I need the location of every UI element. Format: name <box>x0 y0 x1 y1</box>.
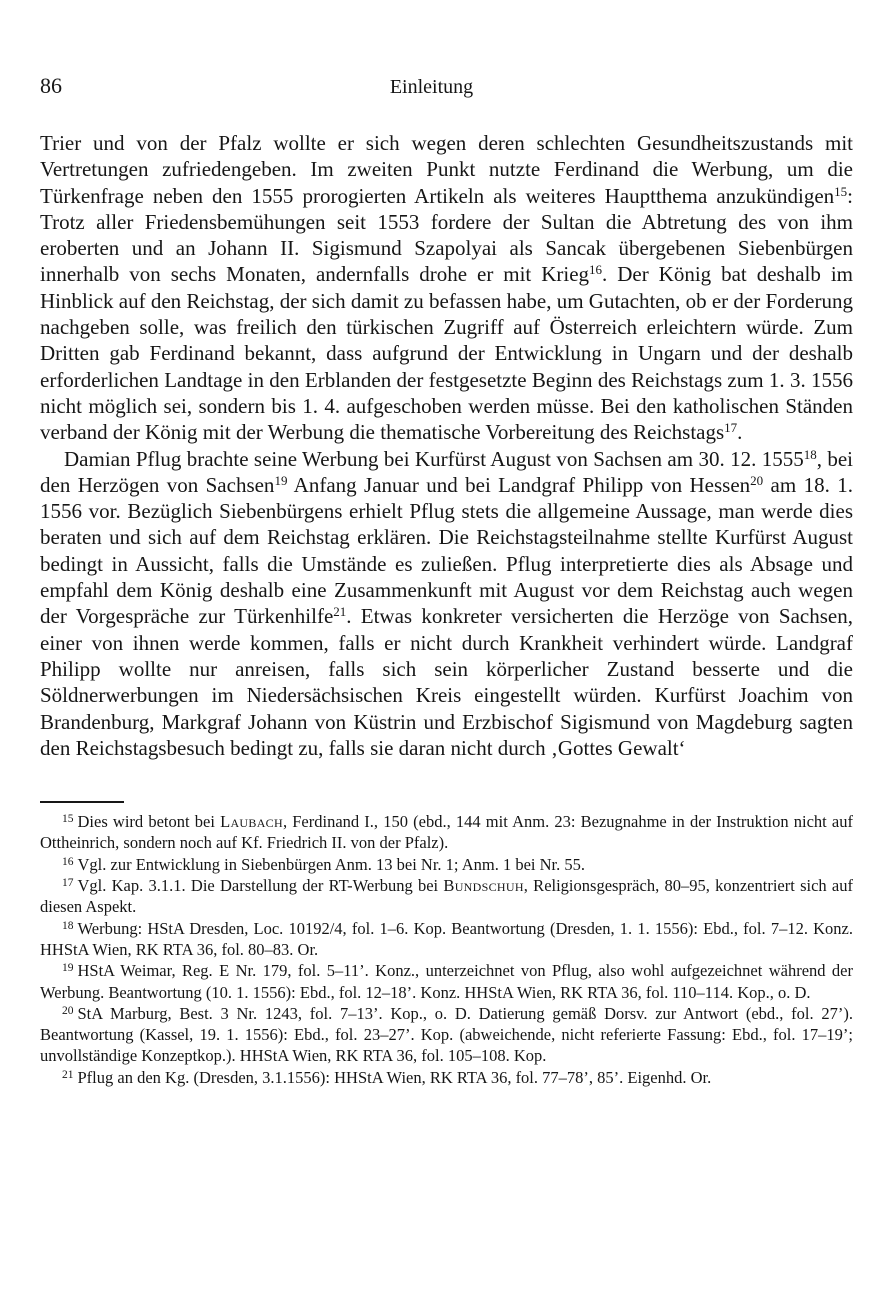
footnote-number: 19 <box>62 962 74 974</box>
text-run: Vgl. zur Entwicklung in Siebenbürgen Anm… <box>78 855 585 874</box>
footnote-separator <box>40 801 124 803</box>
footnote-ref: 15 <box>834 184 847 199</box>
body-paragraph: Damian Pflug brachte seine Werbung bei K… <box>40 446 853 762</box>
smallcaps-name: Laubach <box>220 812 283 831</box>
text-run: . <box>737 420 742 444</box>
footnote-number: 15 <box>62 813 74 825</box>
footnote-15: 15Dies wird betont bei Laubach, Ferdinan… <box>40 811 853 854</box>
footnote-20: 20StA Marburg, Best. 3 Nr. 1243, fol. 7–… <box>40 1003 853 1067</box>
footnote-ref: 19 <box>274 473 287 488</box>
footnote-number: 17 <box>62 877 74 889</box>
text-run: HStA Weimar, Reg. E Nr. 179, fol. 5–11’.… <box>40 961 853 1001</box>
text-run: . Der König bat deshalb im Hinblick auf … <box>40 262 853 444</box>
footnote-number: 20 <box>62 1005 74 1017</box>
smallcaps-name: Bundschuh <box>443 876 523 895</box>
body-text: Trier und von der Pfalz wollte er sich w… <box>40 130 853 761</box>
footnote-ref: 21 <box>333 604 346 619</box>
footnote-21: 21Pflug an den Kg. (Dresden, 3.1.1556): … <box>40 1067 853 1088</box>
text-run: StA Marburg, Best. 3 Nr. 1243, fol. 7–13… <box>40 1004 853 1066</box>
text-run: Vgl. Kap. 3.1.1. Die Darstellung der RT-… <box>78 876 444 895</box>
footnote-number: 21 <box>62 1069 74 1081</box>
text-run: Dies wird betont bei <box>78 812 221 831</box>
running-title: Einleitung <box>40 74 823 100</box>
page-header: 86 Einleitung <box>40 72 853 104</box>
text-run: Anfang Januar und bei Landgraf Philipp v… <box>287 473 750 497</box>
footnote-18: 18Werbung: HStA Dresden, Loc. 10192/4, f… <box>40 918 853 961</box>
footnote-ref: 16 <box>589 262 602 277</box>
text-run: Trier und von der Pfalz wollte er sich w… <box>40 131 853 208</box>
footnote-ref: 18 <box>804 447 817 462</box>
footnotes-block: 15Dies wird betont bei Laubach, Ferdinan… <box>40 811 853 1088</box>
footnote-number: 16 <box>62 856 74 868</box>
text-run: Damian Pflug brachte seine Werbung bei K… <box>64 447 804 471</box>
book-page: 86 Einleitung Trier und von der Pfalz wo… <box>0 0 891 1300</box>
footnote-ref: 20 <box>750 473 763 488</box>
footnote-19: 19HStA Weimar, Reg. E Nr. 179, fol. 5–11… <box>40 960 853 1003</box>
footnote-number: 18 <box>62 920 74 932</box>
footnote-16: 16Vgl. zur Entwicklung in Siebenbürgen A… <box>40 854 853 875</box>
footnote-17: 17Vgl. Kap. 3.1.1. Die Darstellung der R… <box>40 875 853 918</box>
text-run: Pflug an den Kg. (Dresden, 3.1.1556): HH… <box>78 1068 712 1087</box>
footnote-ref: 17 <box>724 420 737 435</box>
text-run: Werbung: HStA Dresden, Loc. 10192/4, fol… <box>40 919 853 959</box>
body-paragraph: Trier und von der Pfalz wollte er sich w… <box>40 130 853 446</box>
